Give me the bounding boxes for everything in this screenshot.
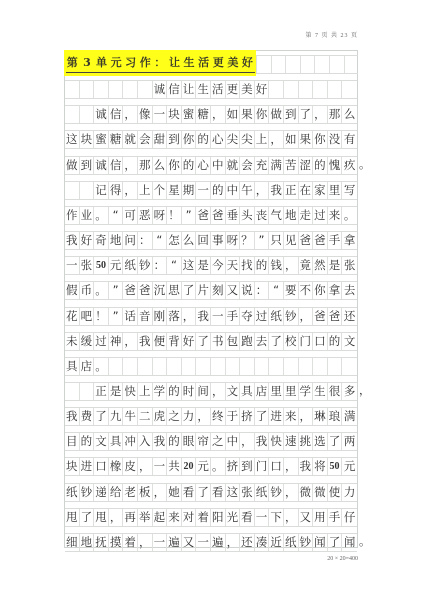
grid-cell: 门 [299, 333, 314, 350]
grid-cell: 闻 [313, 534, 328, 551]
grid-cell: 挤 [226, 458, 241, 475]
grid-cell: 走 [299, 207, 314, 224]
grid-cell: 我 [65, 408, 80, 425]
grid-cell: 你 [255, 106, 270, 123]
grid-cell: “ [167, 257, 182, 274]
grid-cell: ， [182, 308, 197, 325]
title-cell: 活 [196, 51, 211, 77]
grid-cell: 正 [284, 182, 299, 199]
grid-cell: 又 [182, 534, 197, 551]
grid-cell: 你 [313, 282, 328, 299]
row-cells: 细地抚摸着，一遍又一遍，还凑近纸钞闻了闻 [65, 533, 357, 552]
grid-cell: 具 [109, 433, 124, 450]
grid-cell: ， [123, 333, 138, 350]
grid-cell: 果 [299, 131, 314, 148]
grid-cell: 一 [153, 106, 168, 123]
grid-cell: 还 [240, 534, 255, 551]
grid-cell: 落 [167, 308, 182, 325]
grid-cell: 过 [94, 333, 109, 350]
grid-cell: 爸 [313, 232, 328, 249]
grid-cell: 蜜 [94, 131, 109, 148]
title-cell: 更 [211, 51, 226, 77]
title-cell: 美 [226, 51, 241, 77]
grid-cell: 话 [123, 308, 138, 325]
grid-cell: 凑 [255, 534, 270, 551]
manuscript-row: 未缓过神，我便背好了书包跑去了校门口的文 [65, 328, 357, 353]
grid-cell: 口 [269, 458, 284, 475]
grid-cell: ” [109, 282, 124, 299]
grid-cell: 橡 [109, 458, 124, 475]
grid-cell: 一 [153, 534, 168, 551]
grid-cell: 爸 [313, 308, 328, 325]
grid-cell: ， [123, 157, 138, 174]
grid-cell: 张 [240, 484, 255, 501]
title-underline [66, 72, 255, 73]
grid-cell: 愧 [328, 157, 343, 174]
grid-cell: 的 [211, 182, 226, 199]
grid-cell: 活 [211, 81, 226, 98]
empty-grid-cell [284, 358, 299, 375]
grid-cell: ？ [240, 232, 255, 249]
row-cells: 这块蜜糖就会甜到你的心尖尖上，如果你没有 [65, 130, 357, 149]
grid-cell: 呀 [226, 232, 241, 249]
empty-grid-cell [300, 56, 315, 73]
grid-cell: ， [313, 106, 328, 123]
grid-cell: 音 [138, 308, 153, 325]
empty-grid-cell [109, 81, 124, 98]
grid-cell: 到 [240, 458, 255, 475]
grid-cell: 过 [255, 308, 270, 325]
grid-cell: 中 [226, 182, 241, 199]
grid-cell: 纸 [284, 534, 299, 551]
grid-cell: 美 [240, 81, 255, 98]
grid-cell: 了 [80, 509, 95, 526]
grid-cell: ， [123, 106, 138, 123]
empty-grid-cell [196, 358, 211, 375]
grid-cell: 了 [328, 433, 343, 450]
grid-cell: ！ [94, 308, 109, 325]
manuscript-row: 块进口橡皮，一共20元。挤到门口，我将50元 [65, 453, 357, 478]
manuscript-row: 甩了甩，再举起来对着阳光看一下，又用手仔 [65, 504, 357, 529]
grid-cell: 手 [328, 509, 343, 526]
grid-cell: 如 [226, 106, 241, 123]
empty-grid-cell [342, 358, 357, 375]
empty-grid-cell [299, 81, 314, 98]
grid-cell: ， [226, 534, 241, 551]
title-cell: 生 [182, 51, 197, 77]
grid-cell: 钞 [299, 534, 314, 551]
grid-cell: 校 [284, 333, 299, 350]
row-cells: 目的文具冲入我的眼帘之中，我快速挑选了两 [65, 432, 357, 451]
grid-cell: 于 [226, 408, 241, 425]
manuscript-row: 记得，上个星期一的中午，我正在家里写 [65, 177, 357, 202]
manuscript-row: 一张50元纸钞：“这是今天找的钱，竟然是张 [65, 252, 357, 277]
title-cell: 单 [94, 51, 109, 77]
grid-cell: 又 [226, 282, 241, 299]
grid-cell: 还 [342, 308, 357, 325]
grid-cell: 信 [167, 81, 182, 98]
grid-cell: 么 [342, 106, 357, 123]
grid-cell: 光 [226, 509, 241, 526]
grid-cell: 力 [342, 484, 357, 501]
grid-cell: 没 [328, 131, 343, 148]
grid-cell: 去 [342, 282, 357, 299]
grid-cell: 店 [255, 383, 270, 400]
empty-grid-cell [65, 182, 80, 199]
grid-cell: 块 [65, 458, 80, 475]
grid-cell: 我 [255, 433, 270, 450]
manuscript-row: 纸钞递给老板，她看了看这张纸钞，微微使力 [65, 479, 357, 504]
grid-cell: 眼 [182, 433, 197, 450]
grid-cell: ， [299, 308, 314, 325]
grid-cell: 具 [240, 383, 255, 400]
grid-cell: ， [284, 458, 299, 475]
grid-cell: 么 [153, 157, 168, 174]
empty-grid-cell [285, 56, 300, 73]
grid-cell: ， [284, 257, 299, 274]
grid-cell: 将 [313, 458, 328, 475]
empty-grid-cell [314, 56, 329, 73]
title-cell: 好 [240, 51, 255, 77]
empty-grid-cell [94, 81, 109, 98]
grid-cell: 未 [65, 333, 80, 350]
grid-cell: ， [211, 383, 226, 400]
grid-cell: 入 [138, 433, 153, 450]
empty-grid-cell [329, 56, 344, 73]
grid-cell: 那 [138, 157, 153, 174]
grid-cell: 如 [284, 131, 299, 148]
row-cells: 假币。”爸爸沉思了片刻又说：“要不你拿去 [65, 281, 357, 300]
grid-cell: 里 [328, 182, 343, 199]
grid-cell: 了 [94, 408, 109, 425]
grid-cell: 业 [80, 207, 95, 224]
page-indicator: 第 7 页 共 23 页 [305, 30, 358, 39]
grid-cell: 你 [313, 131, 328, 148]
empty-grid-cell [65, 383, 80, 400]
title-row: 第3单元习作：让生活更美好 [65, 51, 357, 76]
grid-cell: 使 [328, 484, 343, 501]
grid-cell: 恶 [138, 207, 153, 224]
grid-cell: ” [255, 232, 270, 249]
grid-cell: ， [153, 484, 168, 501]
grid-cell: 元 [342, 458, 357, 475]
grid-cell: 地 [284, 207, 299, 224]
grid-cell: 。 [94, 207, 109, 224]
grid-cell: 。 [342, 207, 357, 224]
grid-cell: 午 [240, 182, 255, 199]
manuscript-row: 假币。”爸爸沉思了片刻又说：“要不你拿去 [65, 277, 357, 302]
grid-cell: 我 [196, 308, 211, 325]
empty-grid-cell [313, 358, 328, 375]
grid-cell: 星 [167, 182, 182, 199]
grid-cell: 虎 [153, 408, 168, 425]
grid-cell: 一 [153, 458, 168, 475]
grid-cell: 有 [342, 131, 357, 148]
empty-grid-cell [342, 81, 357, 98]
grid-cell: 中 [226, 433, 241, 450]
grid-cell: 我 [65, 232, 80, 249]
manuscript-row: 这块蜜糖就会甜到你的心尖尖上，如果你没有 [65, 126, 357, 151]
grid-cell: 学 [299, 383, 314, 400]
grid-cell: 选 [313, 433, 328, 450]
essay-unit-title: 第3单元习作：让生活更美好 [65, 51, 255, 77]
empty-grid-cell [269, 81, 284, 98]
grid-cell: 文 [342, 333, 357, 350]
grid-cell: 很 [328, 383, 343, 400]
grid-cell: 遍 [167, 534, 182, 551]
grid-cell: 书 [211, 333, 226, 350]
grid-cell: 九 [109, 408, 124, 425]
grid-cell: 心 [211, 131, 226, 148]
title-cell: 3 [80, 51, 95, 77]
grid-cell: 摸 [109, 534, 124, 551]
empty-grid-cell [313, 81, 328, 98]
grid-cell: 丧 [255, 207, 270, 224]
grid-cell: 纸 [123, 257, 138, 274]
grid-cell: 奇 [94, 232, 109, 249]
grid-cell: ， [255, 182, 270, 199]
grid-cell: 20 [182, 458, 197, 475]
grid-cell: 甩 [65, 509, 80, 526]
grid-cell: 生 [196, 81, 211, 98]
grid-cell: 一 [211, 308, 226, 325]
empty-grid-cell [299, 358, 314, 375]
grid-cell: 了 [196, 484, 211, 501]
grid-cell: 微 [299, 484, 314, 501]
grid-cell: ， [123, 182, 138, 199]
grid-cell: 做 [269, 106, 284, 123]
manuscript-row: 具店。 [65, 353, 357, 378]
row-cells: 一张50元纸钞：“这是今天找的钱，竟然是张 [65, 256, 357, 275]
grid-cell: 来 [167, 509, 182, 526]
grid-cell: 事 [211, 232, 226, 249]
title-cell: 元 [109, 51, 124, 77]
grid-cell: ， [196, 408, 211, 425]
title-cell: 第 [65, 51, 80, 77]
manuscript-row: 正是快上学的时间，文具店里里学生很多， [65, 378, 357, 403]
grid-cell: 不 [299, 282, 314, 299]
grid-cell: 块 [80, 131, 95, 148]
grid-cell: 气 [269, 207, 284, 224]
grid-cell: 终 [211, 408, 226, 425]
grid-cell: 我 [153, 433, 168, 450]
grid-cell: 板 [138, 484, 153, 501]
grid-cell: ： [138, 232, 153, 249]
grid-cell: 是 [328, 257, 343, 274]
grid-cell: 拿 [328, 282, 343, 299]
grid-cell: 爸 [138, 282, 153, 299]
grid-cell: 信 [109, 157, 124, 174]
grid-cell: 只 [269, 232, 284, 249]
grid-cell: 沉 [153, 282, 168, 299]
row-cells: 我费了九牛二虎之力，终于挤了进来，琳琅满 [65, 407, 357, 426]
empty-grid-cell [80, 81, 95, 98]
grid-cell: 张 [80, 257, 95, 274]
grid-cell: 闻 [342, 534, 357, 551]
grid-cell: 会 [138, 131, 153, 148]
grid-cell: 然 [313, 257, 328, 274]
empty-grid-cell [226, 358, 241, 375]
grid-cell: 你 [167, 157, 182, 174]
grid-cell: 回 [196, 232, 211, 249]
grid-cell: 么 [182, 232, 197, 249]
grid-cell: 阳 [211, 509, 226, 526]
grid-cell: 了 [328, 534, 343, 551]
grid-cell: 快 [123, 383, 138, 400]
grid-cell: 说 [240, 282, 255, 299]
grid-cell: 之 [211, 433, 226, 450]
grid-cell: 快 [269, 433, 284, 450]
grid-cell: 。 [94, 358, 109, 375]
grid-cell: ， [211, 106, 226, 123]
grid-cell: 的 [182, 157, 197, 174]
grid-cell: “ [153, 232, 168, 249]
grid-cell: 怎 [167, 232, 182, 249]
grid-cell: 钞 [284, 308, 299, 325]
grid-count-footer: 20 × 20=400 [327, 556, 358, 562]
grid-cell: 店 [80, 358, 95, 375]
grid-cell: 进 [269, 408, 284, 425]
grid-cell: 块 [167, 106, 182, 123]
title-row-empty-cells [256, 55, 358, 74]
grid-cell: 50 [328, 458, 343, 475]
grid-cell: 信 [109, 106, 124, 123]
grid-cell: 好 [80, 232, 95, 249]
overflow-punctuation: 。 [359, 533, 371, 550]
grid-cell: 元 [109, 257, 124, 274]
title-cell: 作 [138, 51, 153, 77]
grid-cell: 口 [313, 333, 328, 350]
grid-cell: 一 [65, 257, 80, 274]
row-cells: 未缓过神，我便背好了书包跑去了校门口的文 [65, 332, 357, 351]
row-cells: 诚信让生活更美好 [65, 80, 357, 99]
grid-cell: ， [109, 509, 124, 526]
grid-cell: 头 [240, 207, 255, 224]
row-cells: 具店。 [65, 357, 357, 376]
grid-cell: 进 [80, 458, 95, 475]
grid-cell: 正 [94, 383, 109, 400]
grid-cell: 看 [211, 484, 226, 501]
manuscript-row: 我好奇地问：“怎么回事呀？”只见爸爸手拿 [65, 227, 357, 252]
grid-cell: 刚 [153, 308, 168, 325]
grid-cell: 片 [196, 282, 211, 299]
grid-cell: 时 [182, 383, 197, 400]
grid-cell: 一 [196, 534, 211, 551]
grid-cell: 诚 [94, 157, 109, 174]
manuscript-row: 花吧！”话音刚落，我一手夺过纸钞，爸爸还 [65, 303, 357, 328]
grid-cell: 遍 [211, 534, 226, 551]
overflow-punctuation: ， [359, 382, 371, 399]
grid-cell: 期 [182, 182, 197, 199]
grid-cell: 币 [80, 282, 95, 299]
grid-cell: 的 [167, 433, 182, 450]
grid-cell: 共 [167, 458, 182, 475]
grid-cell: 力 [182, 408, 197, 425]
empty-grid-cell [153, 358, 168, 375]
grid-cell: 的 [196, 131, 211, 148]
grid-cell: ， [299, 408, 314, 425]
grid-cell: 会 [240, 157, 255, 174]
grid-cell: 爸 [211, 207, 226, 224]
grid-cell: 中 [211, 157, 226, 174]
grid-cell: ： [255, 282, 270, 299]
grid-cell: 爸 [196, 207, 211, 224]
grid-cell: 钱 [269, 257, 284, 274]
grid-cell: 举 [138, 509, 153, 526]
grid-cell: 写 [342, 182, 357, 199]
grid-cell: 缓 [80, 333, 95, 350]
grid-cell: ” [182, 207, 197, 224]
grid-cell: 琳 [313, 408, 328, 425]
grid-cell: 来 [328, 207, 343, 224]
grid-cell: 像 [138, 106, 153, 123]
grid-cell: 纸 [255, 484, 270, 501]
grid-cell: 着 [123, 534, 138, 551]
grid-cell: 一 [255, 509, 270, 526]
grid-cell: 天 [226, 257, 241, 274]
grid-cell: 钞 [269, 484, 284, 501]
grid-cell: 糖 [109, 131, 124, 148]
grid-cell: 生 [313, 383, 328, 400]
grid-cell: 在 [299, 182, 314, 199]
row-cells: 作业。“可恶呀！”爸爸垂头丧气地走过来。 [65, 206, 357, 225]
grid-cell: 就 [226, 157, 241, 174]
grid-cell: 满 [342, 408, 357, 425]
grid-cell: 垂 [226, 207, 241, 224]
grid-cell: 费 [80, 408, 95, 425]
empty-grid-cell [269, 358, 284, 375]
grid-cell: “ [269, 282, 284, 299]
grid-cell: 让 [182, 81, 197, 98]
grid-cell: 诚 [94, 106, 109, 123]
empty-grid-cell [211, 358, 226, 375]
grid-cell: 冲 [123, 433, 138, 450]
grid-cell: 甜 [153, 131, 168, 148]
grid-cell: 便 [153, 333, 168, 350]
grid-cell: 具 [65, 358, 80, 375]
grid-cell: 苦 [284, 157, 299, 174]
grid-cell: 张 [342, 257, 357, 274]
grid-cell: 蜜 [182, 106, 197, 123]
grid-cell: 的 [167, 383, 182, 400]
empty-grid-cell [123, 358, 138, 375]
grid-cell: 满 [269, 157, 284, 174]
empty-grid-cell [80, 383, 95, 400]
title-cell: 让 [167, 51, 182, 77]
grid-cell: 更 [226, 81, 241, 98]
empty-grid-cell [256, 56, 271, 73]
grid-cell: 问 [123, 232, 138, 249]
grid-cell: 这 [65, 131, 80, 148]
title-cell: 习 [123, 51, 138, 77]
empty-grid-cell [328, 81, 343, 98]
empty-grid-cell [328, 358, 343, 375]
empty-grid-cell [255, 358, 270, 375]
grid-cell: 了 [299, 106, 314, 123]
manuscript-row: 做到诚信，那么你的心中就会充满苦涩的愧疚。 [65, 152, 357, 177]
grid-cell: 要 [284, 282, 299, 299]
grid-cell: 的 [328, 333, 343, 350]
grid-cell: 间 [196, 383, 211, 400]
title-cell: ： [153, 51, 168, 77]
manuscript-row: 细地抚摸着，一遍又一遍，还凑近纸钞闻了闻。 [65, 529, 357, 554]
grid-cell: 就 [123, 131, 138, 148]
grid-cell: ： [153, 257, 168, 274]
grid-cell: 背 [167, 333, 182, 350]
grid-cell: 神 [109, 333, 124, 350]
grid-cell: 来 [284, 408, 299, 425]
grid-cell: 抚 [94, 534, 109, 551]
